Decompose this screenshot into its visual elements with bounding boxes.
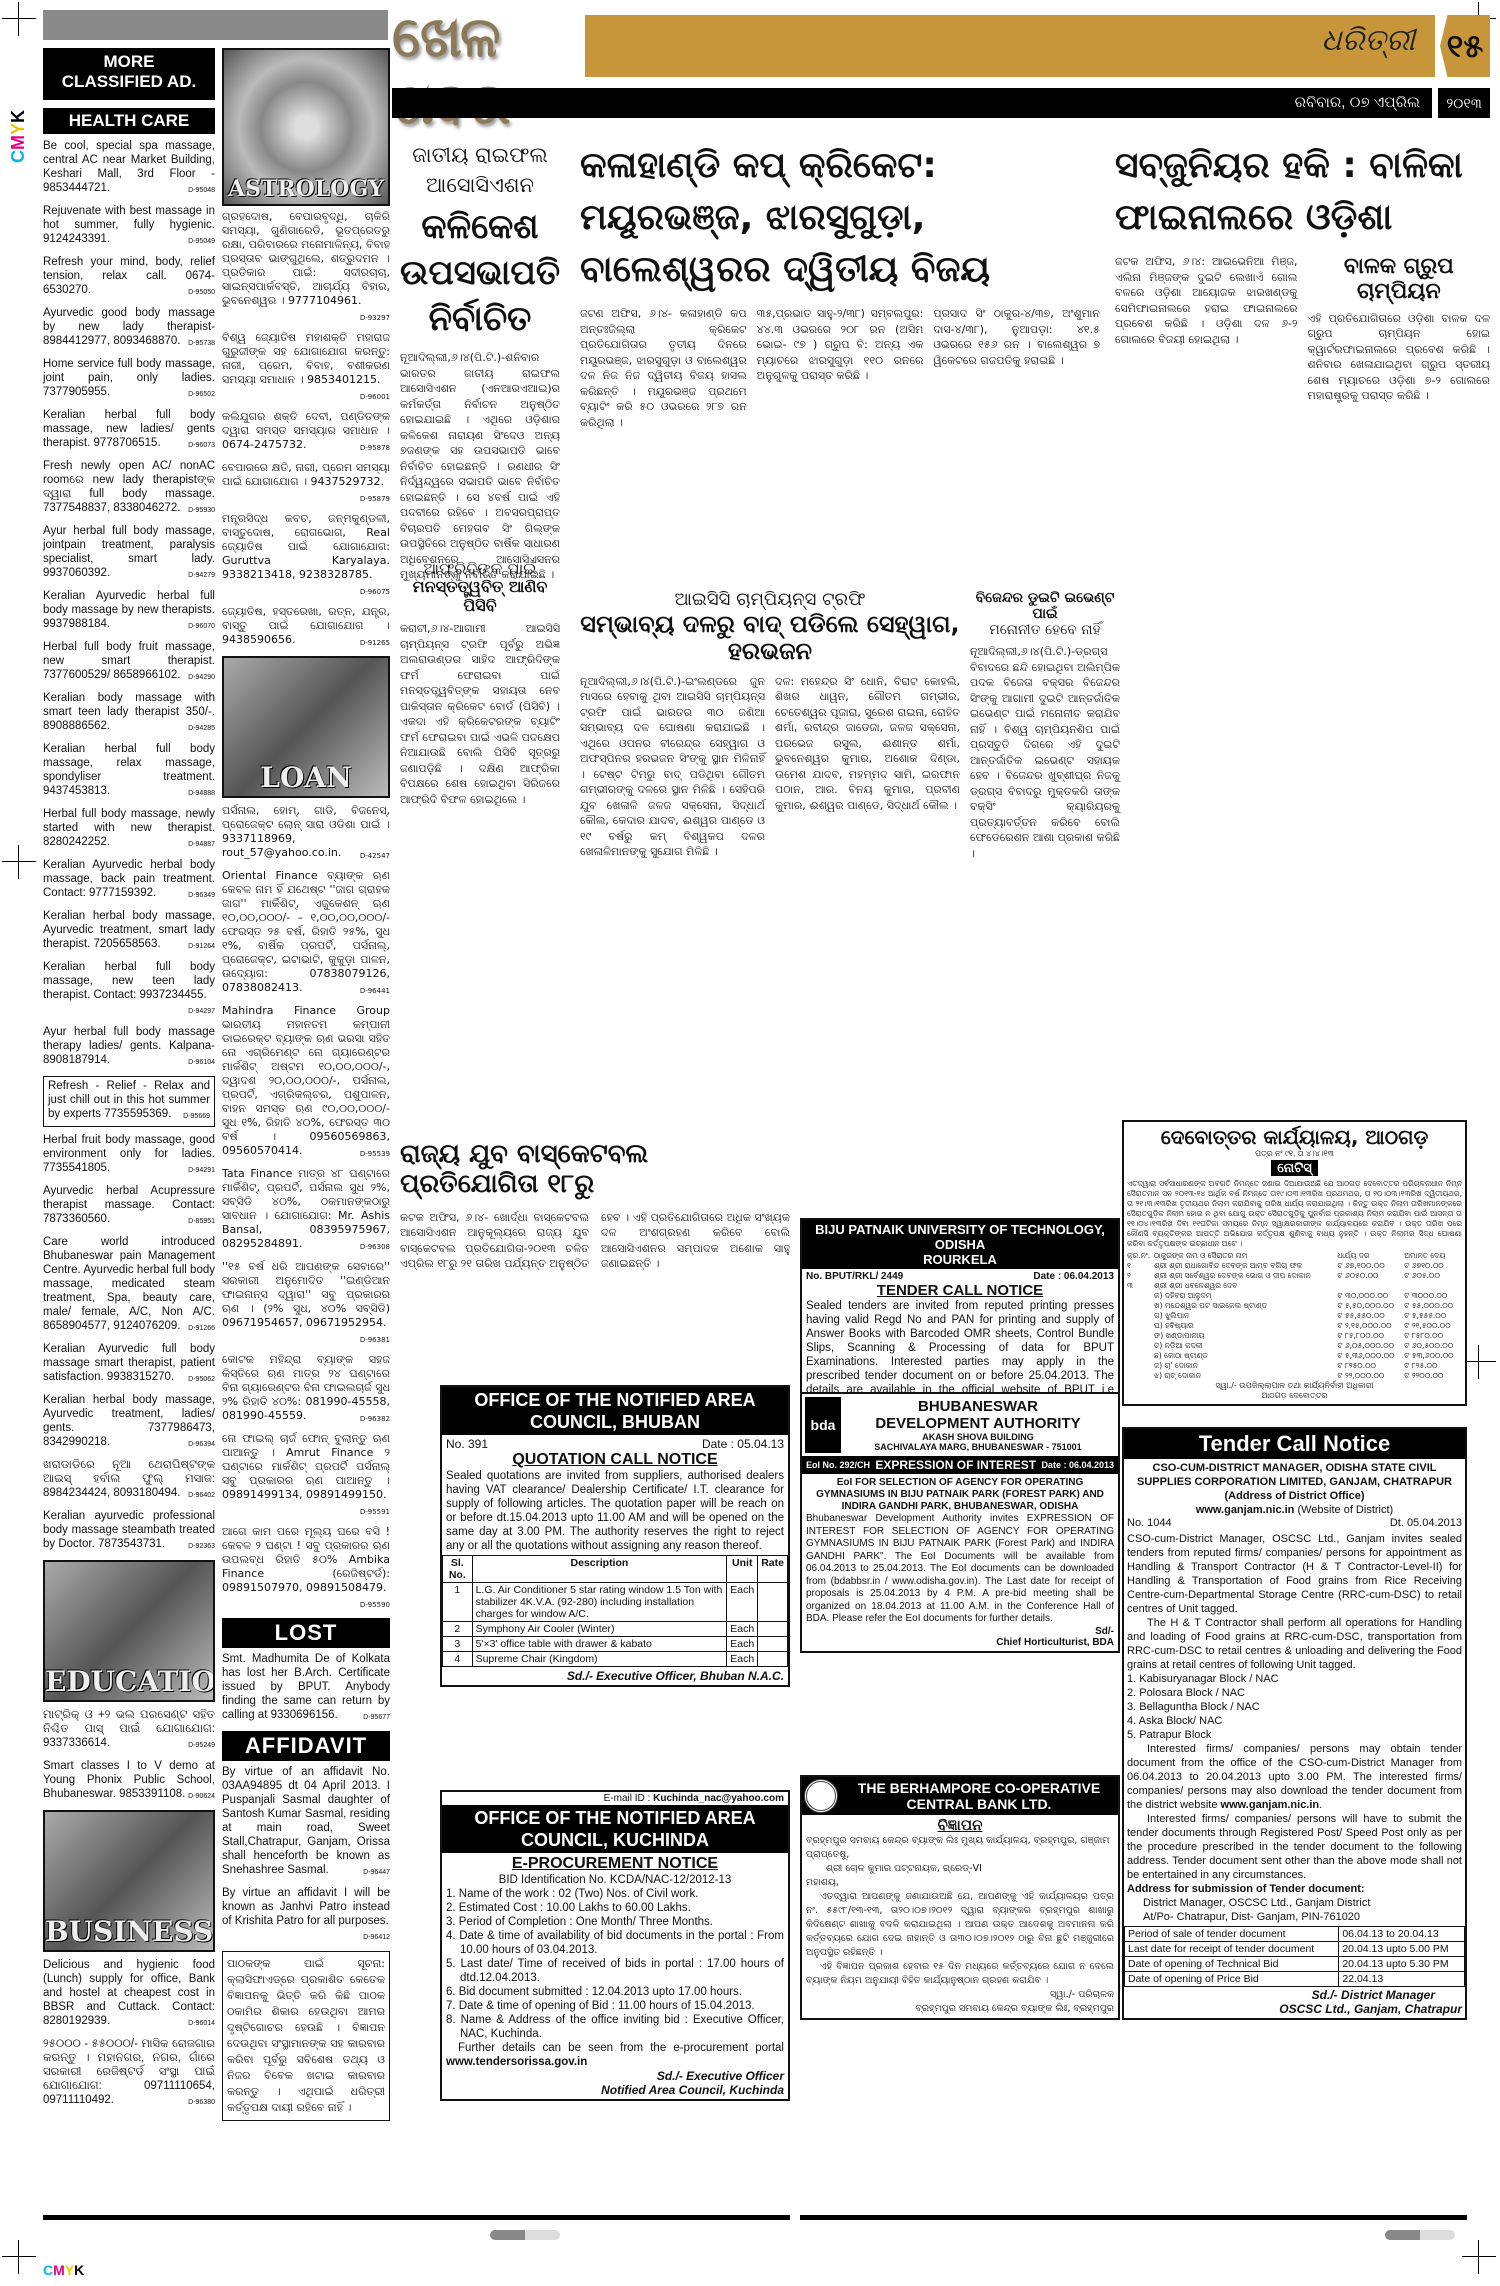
kalahandi-col-1: ଜଟଣ ଅଫିସ, ୬।୪- କଳାହାଣ୍ଡି କପ ଅନ୍ତଃଜିଲ୍ଲା … <box>580 306 747 430</box>
bottom-rule-right <box>800 2215 1467 2220</box>
ad-code: D-96014 <box>188 2017 215 2031</box>
bda-eoi-bar: EoI No. 292/CH EXPRESSION OF INTEREST Da… <box>802 1456 1118 1474</box>
devottar-table: କ୍ର.ନଂ.ଠାକୁରଙ୍କ ନାମ ଓ ସୈରାତର ନାମଧାର୍ଯ୍ୟ … <box>1127 1251 1462 1381</box>
tender-schedule-table: Period of sale of tender document06.04.1… <box>1124 1926 1465 1987</box>
kuchinda-bid-id: BID Identification No. KCDA/NAC-12/2012-… <box>446 1873 784 1887</box>
article-afridi: ଆଫ୍ରିଦିଙ୍କ ପାଇଁ ମନସ୍ତତ୍ତ୍ୱବିତ୍ ଆଣିବ ପିସି… <box>400 560 560 807</box>
crop-mark <box>1462 2240 1496 2274</box>
cmyk-mark: CMYK <box>8 110 28 163</box>
ad-code: D-96073 <box>188 439 215 453</box>
rifle-headline: କଳିକେଶ ଉପସଭାପତି ନିର୍ବାଚିତ <box>400 204 560 342</box>
section-title: ଖେଳ ଖବର <box>392 4 582 84</box>
ad-code: D-96447 <box>363 1866 390 1880</box>
table-row: Date of opening of Price Bid22.04.13 <box>1125 1972 1465 1987</box>
article-subjunior: ସବ୍‌ଜୁନିୟର ହକି : ବାଳିକା ଫାଇନାଲରେ ଓଡ଼ିଶା … <box>1115 140 1490 404</box>
bhuban-signature: Sd./- Executive Officer, Bhuban N.A.C. <box>442 1667 788 1685</box>
table-row: ଖ) ମନ୍ଦେଶ୍ୱର ପଟ ସାଇକେଲ ଷ୍ଟାଣ୍ଡଟ ୫,୫୦,୦୦୦… <box>1127 1301 1462 1311</box>
icc-squad: ଦଳ: ମହେନ୍ଦ୍ର ସିଂ ଧୋନି, ବିରାଟ କୋହଲି, ଶିଖର… <box>775 674 960 860</box>
ad-code: D-96070 <box>188 620 215 634</box>
affidavit-header: AFFIDAVIT <box>222 1731 390 1761</box>
classified-ad: Care world introduced Bhubaneswar pain M… <box>43 1235 215 1336</box>
ad-code: D-95539 <box>360 1147 390 1161</box>
cmyk-footer: CMYK <box>43 2262 84 2278</box>
classified-ad: Delicious and hygienic food (Lunch) supp… <box>43 1958 215 2031</box>
unit-list: 1. Kabisuryanagar Block / NAC2. Polosara… <box>1127 1672 1462 1742</box>
date-line: ରବିବାର, ୦୭ ଏପ୍ରିଲ <box>392 88 1432 118</box>
boxed-ad: Refresh - Relief - Relax and just chill … <box>43 1076 215 1127</box>
more-classified-header: MORE CLASSIFIED AD. <box>43 48 215 100</box>
table-row: Date of opening of Technical Bid20.04.13… <box>1125 1957 1465 1972</box>
kuchinda-signature-2: Notified Area Council, Kuchinda <box>446 2083 784 2097</box>
ad-code: D-94279 <box>188 569 215 583</box>
lost-ad: Smt. Madhumita De of Kolkata has lost he… <box>222 1652 390 1725</box>
classified-ad: Smart classes I to V demo at Young Phoni… <box>43 1759 215 1804</box>
list-item: 2. Estimated Cost : 10.00 Lakhs to 60.00… <box>446 1901 784 1915</box>
classified-ad: Keralian herbal full body massage, new l… <box>43 408 215 453</box>
list-item: 5. Patrapur Block <box>1127 1728 1462 1742</box>
bda-logo: bda <box>805 1397 841 1453</box>
list-item: 3. Period of Completion : One Month/ Thr… <box>446 1915 784 1929</box>
list-item: 2. Polosara Block / NAC <box>1127 1686 1462 1700</box>
classified-ad: Mahindra Finance Group ଭାରତୀୟ ମହାନତମ କମ୍… <box>222 1004 390 1161</box>
table-header: Rate <box>758 1556 788 1583</box>
boys-group-headline: ବାଳକ ଗ୍ରୁପ ଚାମ୍ପିୟନ <box>1308 254 1491 305</box>
classified-ad: ୨୫୦୦୦ - ୫୫୦୦୦/- ମାସିକ ରୋଜଗାର କରନ୍ତୁ । ମହ… <box>43 2037 215 2110</box>
kalahandi-headline: କଳାହାଣ୍ଡି କପ୍ କ୍ରିକେଟ: ମୟୂରଭଞ୍ଜ, ଝାରସୁଗୁ… <box>580 140 1100 296</box>
bottom-rule-left <box>43 2215 790 2220</box>
table-row: 4Supreme Chair (Kingdom)Each <box>443 1652 788 1667</box>
classified-ad: ବିଶ୍ୱ ଜ୍ୟୋତିଷ ମହାଶକ୍ତି ମହାରାଜ ଗୁରୁଜୀଙ୍କ … <box>222 331 390 404</box>
classified-ad: Ayurvedic herbal Acupressure therapist m… <box>43 1184 215 1229</box>
ad-code: D-96075 <box>360 585 390 599</box>
list-item: 8. Name & Address of the office inviting… <box>446 2013 784 2041</box>
ad-code: D-95048 <box>188 184 215 198</box>
ad-code: D-42547 <box>360 849 390 863</box>
ad-code: D-95738 <box>188 337 215 351</box>
table-row: 2Symphony Air Cooler (Winter)Each <box>443 1622 788 1637</box>
list-item: 4. Aska Block/ NAC <box>1127 1714 1462 1728</box>
brand-bar: ଧରିତ୍ରୀ <box>585 15 1435 77</box>
ad-code: D-96104 <box>188 1056 215 1070</box>
lost-header: LOST <box>222 1618 390 1648</box>
color-bar-pill <box>1385 2230 1455 2240</box>
classified-ad: କଲିଯୁଗର ଶକ୍ତି ଦେବୀ, ପଣ୍ଡିତଙ୍କ ଦ୍ୱାରା ସମସ… <box>222 410 390 455</box>
bput-date: Date : 06.04.2013 <box>1033 1271 1114 1282</box>
list-item: 7. Date & time of opening of Bid : 11.00… <box>446 1999 784 2013</box>
classified-ad: Keralian herbal full body massage, new t… <box>43 960 215 1019</box>
list-item: 4. Date & time of availability of bid do… <box>446 1929 784 1957</box>
education-ad-list: ମାଟ୍ରିକ୍ ଓ +୨ ଭଲ ପରସେଣ୍ଟ ସହିତ ନିଶ୍ଚିତ ପା… <box>43 1708 215 1804</box>
table-row: ଜ) ଚା' ଦୋକାନଟ ୮୨୫୦.୦୦ଟ ୮୨୫.୦୦ <box>1127 1361 1462 1371</box>
ad-code: D-95930 <box>188 504 215 518</box>
classified-ad: ଖରାଡାଡିରେ ନୂଆ ଥେରାପିଷ୍ଟଙ୍କ ଆଇସ୍ ହର୍ବାଲ ଫ… <box>43 1458 215 1503</box>
table-row: Period of sale of tender document06.04.1… <box>1125 1927 1465 1942</box>
crop-mark <box>2 2240 36 2274</box>
kuchinda-items: 1. Name of the work : 02 (Two) Nos. of C… <box>446 1887 784 2041</box>
education-image: EDUCATION <box>43 1560 215 1702</box>
table-row: କ) ଦହିବରା ଆଳୁଦମ୍ଟ ୩୦,୦୦୦.୦୦ଟ ୩୦୦୦.୦୦ <box>1127 1291 1462 1301</box>
classified-ad: Tata Finance ମାତ୍ର ୪୮ ଘଣ୍ଟାରେ ମାର୍କିଶିଟ୍… <box>222 1167 390 1254</box>
bank-seal-icon <box>804 1779 838 1813</box>
color-bar-pill <box>490 2230 560 2240</box>
classified-ad: Oriental Finance ବ୍ୟାଙ୍କ ଋଣ କେବଳ ନାମ ହିଁ… <box>222 869 390 998</box>
article-vijender: ବିଜେନ୍ଦର ଡୁଇଟି ଇଭେଣ୍ଟ ପାଇଁ ମନୋନୀତ ହେବେ ନ… <box>970 590 1120 861</box>
table-row: ଙ) ଖଣ୍ଡାପାନୀୟଟ ୮୫,୮୦୦.୦୦ଟ ୮୫୮୦.୦୦ <box>1127 1331 1462 1341</box>
table-header: Sl. No. <box>443 1556 473 1583</box>
classified-ad: ବେପାରରେ କ୍ଷତି, ନାରୀ, ପ୍ରେମ ସମସ୍ୟା ପାଇଁ ଯ… <box>222 461 390 506</box>
bhuban-heading: QUOTATION CALL NOTICE <box>446 1451 784 1469</box>
kuchinda-title: OFFICE OF THE NOTIFIED AREA COUNCIL, KUC… <box>442 1805 788 1853</box>
ad-code: D-92363 <box>188 1540 215 1554</box>
astrology-ad-list: ବିଶ୍ୱ ଜ୍ୟୋତିଷ ମହାଶକ୍ତି ମହାରାଜ ଗୁରୁଜୀଙ୍କ … <box>222 331 390 650</box>
bhuban-items-table: Sl. No.DescriptionUnitRate 1L.G. Air Con… <box>442 1555 788 1667</box>
table-row: ଛ) କୋଠା ଷ୍ଟାଣ୍ଡଟ ୫,୩୬,୦୦୦.୦୦ଟ ୫୩,୬୦୦.୦୦ <box>1127 1351 1462 1361</box>
classified-ad: By virtue of an affidavit No. 03AA94895 … <box>222 1765 390 1880</box>
kalahandi-col-3: ପ୍ରସାଦ ସିଂ ଠାକୁର-୪/୩୭, ଅଂଶୁମାନ ଦାସ-୪/୩୮)… <box>933 306 1100 430</box>
crop-mark <box>2 845 36 879</box>
ad-code: D-95249 <box>188 1739 215 1753</box>
bhuban-number: No. 391 <box>446 1437 488 1451</box>
tender-header: Tender Call Notice <box>1124 1429 1465 1459</box>
table-row: ୧ଶ୍ରୀ ଶ୍ରୀ ରାଧାଗୋବିନ୍ଦ ଦେବଙ୍କ ଆମ୍ବ ବଗିଚା… <box>1127 1261 1462 1271</box>
classified-ad: Ayur herbal full body massage, jointpain… <box>43 524 215 583</box>
table-row: ଘ) ହବିଷ୍ୟାରଟ ୨,୧୫,୦୦୦.୦୦ଟ ୨୧,୫୦୦.୦୦ <box>1127 1321 1462 1331</box>
classified-ad: ପର୍ସନାଲ, ହୋମ୍, ଗାଡି, ବିଜନେସ୍, ପ୍ରୋଜେକ୍ଟ … <box>222 804 390 863</box>
bput-heading: TENDER CALL NOTICE <box>806 1282 1114 1299</box>
notice-bda: bda BHUBANESWAR DEVELOPMENT AUTHORITY AK… <box>800 1392 1120 1653</box>
notice-berhampore: THE BERHAMPORE CO-OPERATIVE CENTRAL BANK… <box>800 1775 1120 2020</box>
subjunior-headline: ସବ୍‌ଜୁନିୟର ହକି : ବାଳିକା ଫାଇନାଲରେ ଓଡ଼ିଶା <box>1115 140 1490 244</box>
kuchinda-email-label: E-mail ID : <box>604 1793 653 1804</box>
article-kalahandi: କଳାହାଣ୍ଡି କପ୍ କ୍ରିକେଟ: ମୟୂରଭଞ୍ଜ, ଝାରସୁଗୁ… <box>580 140 1100 430</box>
classified-ad: Ayur herbal full body massage therapy la… <box>43 1025 215 1070</box>
afridi-body: କରାଚୀ,୬।୪-ଆଗାମୀ ଆଇସିସି ଚାମ୍ପିୟନ୍ସ ଟ୍ରଫି … <box>400 621 560 807</box>
berhampore-heading: ବିଜ୍ଞାପନ <box>806 1817 1114 1834</box>
classifieds-column-2: ASTROLOGY ଗ୍ରହଦୋଷ, ବେପାରବୃଦ୍ଧି, ଚାକିରି ସ… <box>222 48 390 2127</box>
basketball-body: କଟକ ଅଫିସ, ୬।୪- ଖୋର୍ଦ୍ଧା ବାସ୍କେଟବଲ ଆସୋସିଏ… <box>400 1210 790 1272</box>
icc-headline: ସମ୍ଭାବ୍ୟ ଦଳରୁ ବାଦ୍ ପଡିଲେ ସେହ୍‌ୱାଗ, ହରଭଜନ <box>580 611 960 666</box>
notice-devottar: ଦେବୋତ୍ତର କାର୍ଯ୍ୟାଳୟ, ଆଠଗଡ଼ ପତ୍ର ନଂ ୯୧, ତ… <box>1122 1120 1467 1406</box>
table-row: ଝ) ଚାଟ୍ ଦୋକାନଟ ୨୨,୦୦୦.୦୦ଟ ୨୨୦୦.୦୦ <box>1127 1371 1462 1381</box>
boys-group-body: ଏହି ପ୍ରତିଯୋଗିତାରେ ଓଡ଼ିଶା ବାଳକ ଦଳ ଗ୍ରୁପ ଚ… <box>1308 311 1491 404</box>
loan-image: LOAN <box>222 656 390 798</box>
rifle-kicker: ଜାତୀୟ ରାଇଫଲ ଆସୋସିଏଶନ <box>400 140 560 200</box>
subjunior-body: ଜଟକ ଅଫିସ, ୬।୪: ଆଇଭେନିଆ ମିଞ୍ଜ, ଏଲିନା ମିଞ୍… <box>1115 254 1298 404</box>
classified-ad: Keralian Ayurvedic herbal full body mass… <box>43 589 215 634</box>
devottar-title: ଦେବୋତ୍ତର କାର୍ଯ୍ୟାଳୟ, ଆଠଗଡ଼ <box>1127 1125 1462 1149</box>
rifle-body: ନୂଆଦିଲ୍ଲୀ,୬।୪(ପି.ଟି.)-ଶନିବାର ଭାରତର ଜାତୀୟ… <box>400 350 560 583</box>
crop-mark <box>2 2 36 36</box>
ad-code: D-85951 <box>188 1215 215 1229</box>
ad-code: D-94888 <box>188 787 215 801</box>
table-row: ୩ଶ୍ରୀ ଶ୍ରୀ ଧବଳେଶ୍ୱର ଦେବ <box>1127 1281 1462 1291</box>
classified-ad: ''୧୫ ବର୍ଷ ଧରି ଆପଣଙ୍କ ସେବାରେ'' ସରକାରୀ ଅନୁ… <box>222 1260 390 1347</box>
classifieds-column-1: MORE CLASSIFIED AD. HEALTH CARE Be cool,… <box>43 48 215 2116</box>
list-item: 3. Bellaguntha Block / NAC <box>1127 1700 1462 1714</box>
year: ୨୦୧୩ <box>1438 88 1490 118</box>
devottar-heading: ନୋଟିସ୍ <box>1271 1160 1317 1176</box>
kuchinda-heading: E-PROCUREMENT NOTICE <box>446 1855 784 1873</box>
icc-body: ନୂଆଦିଲ୍ଲୀ,୬।୪(ପି.ଟି.)-ଇଂଲଣ୍ଡରେ ଜୁନ ମାସରେ… <box>580 674 765 860</box>
kuchinda-signature-1: Sd./- Executive Officer <box>446 2069 784 2083</box>
kuchinda-further: Further details can be seen from the e-p… <box>446 2041 784 2069</box>
classified-ad: ମନ୍ତ୍ରସିଦ୍ଧ କବଚ, ଜନ୍ମକୁଣ୍ଡଳୀ, ବାସ୍ତୁଦୋଷ,… <box>222 512 390 599</box>
classified-ad: Home service full body massage, joint pa… <box>43 357 215 402</box>
ad-code: D-91265 <box>360 636 390 650</box>
classified-ad: Herbal fruit body massage, good environm… <box>43 1133 215 1178</box>
classified-ad: Keralian Ayurvedic herbal body massage, … <box>43 858 215 903</box>
table-row: ଚ) ନଡ଼ିଆ କଦଳୀଟ ୬,୦୫,୦୦୦.୦୦ଟ ୬୦,୫୦୦.୦୦ <box>1127 1341 1462 1351</box>
ad-code: D-94297 <box>188 1005 215 1019</box>
classified-ad: Rejuvenate with best massage in hot summ… <box>43 204 215 249</box>
table-header: Description <box>472 1556 727 1583</box>
article-basketball: ରାଜ୍ୟ ଯୁବ ବାସ୍କେଟବଲ ପ୍ରତିଯୋଗିତା ୧୮ରୁ କଟକ… <box>400 1140 790 1272</box>
ad-code: D-96381 <box>360 1333 390 1347</box>
classified-ad: Keralian Ayurvedic full body massage sma… <box>43 1342 215 1387</box>
list-item: 6. Bid document submitted : 12.04.2013 u… <box>446 1985 784 1999</box>
ad-code: D-96402 <box>188 1489 215 1503</box>
classified-ad: Herbal full body fruit massage, new smar… <box>43 640 215 685</box>
table-header: Unit <box>727 1556 758 1583</box>
ad-code: D-96308 <box>360 1240 390 1254</box>
ad-code: D-95878 <box>360 441 390 455</box>
crop-mark <box>1462 1345 1496 1379</box>
ad-code: D-96412 <box>363 1931 390 1945</box>
ad-code: D-96349 <box>188 889 215 903</box>
notice-kuchinda: E-mail ID : Kuchinda_nac@yahoo.com OFFIC… <box>440 1790 790 2101</box>
top-grey-bar <box>43 10 388 40</box>
health-ad-list-2: Herbal fruit body massage, good environm… <box>43 1133 215 1554</box>
newspaper-brand: ଧରିତ୍ରୀ <box>1321 23 1415 58</box>
vijender-headline: ମନୋନୀତ ହେବେ ନାହିଁ <box>970 622 1120 638</box>
business-image: BUSINESS <box>43 1810 215 1952</box>
ad-code: D-90624 <box>188 1790 215 1804</box>
icc-kicker: ଆଇସିସି ଚାମ୍ପିୟନ୍ସ ଟ୍ରଫି <box>580 590 960 611</box>
basketball-headline: ରାଜ୍ୟ ଯୁବ ବାସ୍କେଟବଲ ପ୍ରତିଯୋଗିତା ୧୮ରୁ <box>400 1140 790 1200</box>
ad-code: D-95590 <box>360 1598 390 1612</box>
reader-notice: ପାଠକଙ୍କ ପାଇଁ ସୂଚନା: କ୍ଲାସିଫାଏଡ୍‌ରେ ପ୍ରକା… <box>222 1951 390 2121</box>
astrology-ad: ଗ୍ରହଦୋଷ, ବେପାରବୃଦ୍ଧି, ଚାକିରି ସମସ୍ୟା, ଗୁଣ… <box>222 210 390 325</box>
ad-code: D-95062 <box>188 1373 215 1387</box>
list-item: 5. Last date/ Time of received of bids i… <box>446 1957 784 1985</box>
table-row: ୨ଶ୍ରୀ ଶ୍ରୀ ସର୍ବେଶ୍ୱର ଦେବଙ୍କ ଭୋଗ ଓ ଦୀପ ଦୋ… <box>1127 1271 1462 1281</box>
table-row: Last date for receipt of tender document… <box>1125 1942 1465 1957</box>
tenders-portal-link[interactable]: www.tendersorissa.gov.in <box>446 2056 587 2068</box>
classified-ad: By virtue an affidavit I will be known a… <box>222 1886 390 1945</box>
ad-code: D-94887 <box>188 838 215 852</box>
kalahandi-col-2: ୩୫,ପ୍ରଭାତ ସାହୁ-୨/୩୮) ସମ୍ବଲପୁର: ୪୪.୩ ଓଭରର… <box>757 306 924 430</box>
bhuban-date: Date : 05.04.13 <box>702 1437 784 1451</box>
classified-ad: କୋଟକ ମହିନ୍ଦ୍ରା ବ୍ୟାଙ୍କ ସହଜ କିସ୍ତିରେ ଋଣ ମ… <box>222 1353 390 1426</box>
list-item: 1. Name of the work : 02 (Two) Nos. of C… <box>446 1887 784 1901</box>
ad-code: D-91266 <box>188 1322 215 1336</box>
afridi-kicker: ଆଫ୍ରିଦିଙ୍କ ପାଇଁ <box>400 560 560 578</box>
ad-code: D-96382 <box>360 1412 390 1426</box>
list-item: 1. Kabisuryanagar Block / NAC <box>1127 1672 1462 1686</box>
classified-ad: ଜ୍ୟୋତିଷ, ହସ୍ତରେଖା, ରତ୍ନ, ଯନ୍ତ୍ର, ବାସ୍ତୁ … <box>222 605 390 650</box>
classified-ad: Keralian herbal body massage, Ayurvedic … <box>43 909 215 954</box>
bhuban-body: Sealed quotations are invited from suppl… <box>446 1469 784 1553</box>
classified-ad: Keralian herbal full body massage, relax… <box>43 742 215 801</box>
table-row: 1L.G. Air Conditioner 5 star rating wind… <box>443 1583 788 1622</box>
notice-tender-ganjam: Tender Call Notice CSO-CUM-DISTRICT MANA… <box>1122 1427 1467 2020</box>
ad-code: D-96394 <box>188 1438 215 1452</box>
classified-ad: Refresh your mind, body, relief tension,… <box>43 255 215 300</box>
bda-body: Bhubaneswar Development Authority invite… <box>806 1513 1114 1626</box>
ad-code: D-96001 <box>360 390 390 404</box>
affidavit-ad-list: By virtue of an affidavit No. 03AA94895 … <box>222 1765 390 1945</box>
bda-subject: EoI FOR SELECTION OF AGENCY FOR OPERATIN… <box>806 1477 1114 1513</box>
ad-code: D-91264 <box>188 940 215 954</box>
business-ad-list: Delicious and hygienic food (Lunch) supp… <box>43 1958 215 2110</box>
ganjam-website-link[interactable]: www.ganjam.nic.in <box>1196 1504 1295 1516</box>
page-number: ୧୫ <box>1440 15 1490 77</box>
table-row: ଗ) ଝୁଲିପାନଟ ୫୫,୫୫୦.୦୦ଟ ୫,୫୫୫.୦୦ <box>1127 1311 1462 1321</box>
ad-code: D-96380 <box>188 2096 215 2110</box>
vijender-body: ନୂଆଦିଲ୍ଲୀ,୬।୪(ପି.ଟି.)-ଡ୍ରଗ୍ସ ବିବାଦରେ ଛନ୍… <box>970 644 1120 861</box>
ad-code: D-95049 <box>188 235 215 249</box>
berhampore-title: THE BERHAMPORE CO-OPERATIVE CENTRAL BANK… <box>802 1777 1118 1815</box>
bput-title: BIJU PATNAIK UNIVERSITY OF TECHNOLOGY, O… <box>802 1220 1118 1269</box>
ad-code: D-96502 <box>188 388 215 402</box>
article-icc: ଆଇସିସି ଚାମ୍ପିୟନ୍ସ ଟ୍ରଫି ସମ୍ଭାବ୍ୟ ଦଳରୁ ବା… <box>580 590 960 860</box>
classified-ad: Fresh newly open AC/ nonAC roomରେ new la… <box>43 459 215 518</box>
bput-number: No. BPUT/RKL/ 2449 <box>806 1271 903 1282</box>
classified-ad: Keralian ayurvedic professional body mas… <box>43 1509 215 1554</box>
ad-code: D-94285 <box>188 722 215 736</box>
notice-bhuban: OFFICE OF THE NOTIFIED AREA COUNCIL, BHU… <box>440 1385 790 1687</box>
classified-ad: ମାଟ୍ରିକ୍ ଓ +୨ ଭଲ ପରସେଣ୍ଟ ସହିତ ନିଶ୍ଚିତ ପା… <box>43 1708 215 1753</box>
classified-ad: Keralian herbal body massage, Ayurvedic … <box>43 1393 215 1452</box>
astrology-image: ASTROLOGY <box>222 48 390 206</box>
classified-ad: Ayurvedic good body massage by new lady … <box>43 306 215 351</box>
vijender-kicker: ବିଜେନ୍ଦର ଡୁଇଟି ଇଭେଣ୍ଟ ପାଇଁ <box>970 590 1120 622</box>
ad-code: D-96441 <box>360 984 390 998</box>
table-row: 35'×3' office table with drawer & kabato… <box>443 1637 788 1652</box>
afridi-headline: ମନସ୍ତତ୍ତ୍ୱବିତ୍ ଆଣିବ ପିସିବି <box>400 578 560 615</box>
bhuban-title: OFFICE OF THE NOTIFIED AREA COUNCIL, BHU… <box>442 1387 788 1435</box>
article-rifle: ଜାତୀୟ ରାଇଫଲ ଆସୋସିଏଶନ କଳିକେଶ ଉପସଭାପତି ନିର… <box>400 140 560 583</box>
loan-ad-list: ପର୍ସନାଲ, ହୋମ୍, ଗାଡି, ବିଜନେସ୍, ପ୍ରୋଜେକ୍ଟ … <box>222 804 390 1612</box>
health-ad-list: Be cool, special spa massage, central AC… <box>43 139 215 1070</box>
classified-ad: Be cool, special spa massage, central AC… <box>43 139 215 198</box>
kuchinda-email[interactable]: Kuchinda_nac@yahoo.com <box>653 1793 784 1804</box>
classified-ad: ଆଗେ କାମ ପରେ ମୂଲ୍ୟ ଘରେ ବସି ! କେବଳ ୨ ଘଣ୍ଟା… <box>222 1525 390 1612</box>
health-care-header: HEALTH CARE <box>43 108 215 134</box>
ad-code: D-94291 <box>188 1164 215 1178</box>
classified-ad: ନୋ ଫାଇଲ୍ ଚାର୍ଜ ଫୋନ୍ ବୁଲାନ୍ତୁ ଋଣ ପାଆନ୍ତୁ … <box>222 1432 390 1519</box>
classified-ad: Herbal full body massage, newly started … <box>43 807 215 852</box>
ad-code: D-94290 <box>188 671 215 685</box>
ad-code: D-95050 <box>188 286 215 300</box>
classified-ad: Keralian body massage with smart teen la… <box>43 691 215 736</box>
ad-code: D-95879 <box>360 492 390 506</box>
ad-code: D-95591 <box>360 1505 390 1519</box>
